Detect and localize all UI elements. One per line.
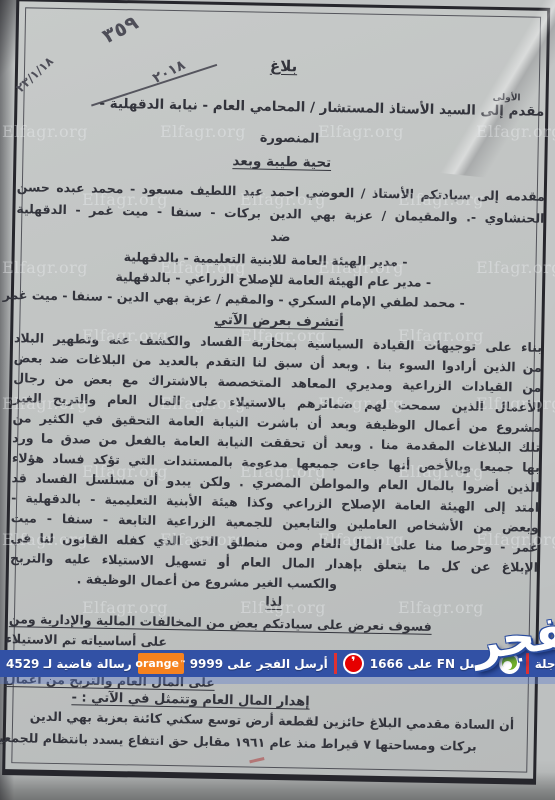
news-photo: ٣٥٩ ٢٠١٨ ٢٣/١/١٨ بلاغ مقدم إلى السيد الأ…: [0, 0, 555, 800]
partial-line-behind-ticker: على أساسياته تم الاستيلاء: [5, 631, 167, 650]
elfagr-logo: الفجر: [467, 588, 555, 689]
news-ticker-shadow-strip: [0, 677, 555, 684]
vodafone-icon: ❜: [343, 653, 364, 674]
orange-tm-mark: ™: [180, 660, 186, 667]
vodafone-speechmark-icon: ❜: [345, 655, 362, 672]
ticker-orange-text: رسالة فاضية لـ 4529: [6, 657, 132, 671]
ticker-vodafone-text: أرسل الفجر على 9999: [190, 657, 328, 671]
ticker-etisalat-text: أرسل FN على 1666: [370, 657, 493, 671]
addressee-superscript: الأولى: [493, 90, 521, 107]
orange-logo-text: orange: [135, 657, 179, 670]
orange-logo: orange™: [138, 653, 184, 674]
addressee-city: المنصورة: [260, 131, 320, 148]
ticker-separator: [334, 653, 337, 674]
news-ticker-bar: رسالة فاضية لـ 4529 orange™ أرسل الفجر ع…: [0, 650, 555, 677]
